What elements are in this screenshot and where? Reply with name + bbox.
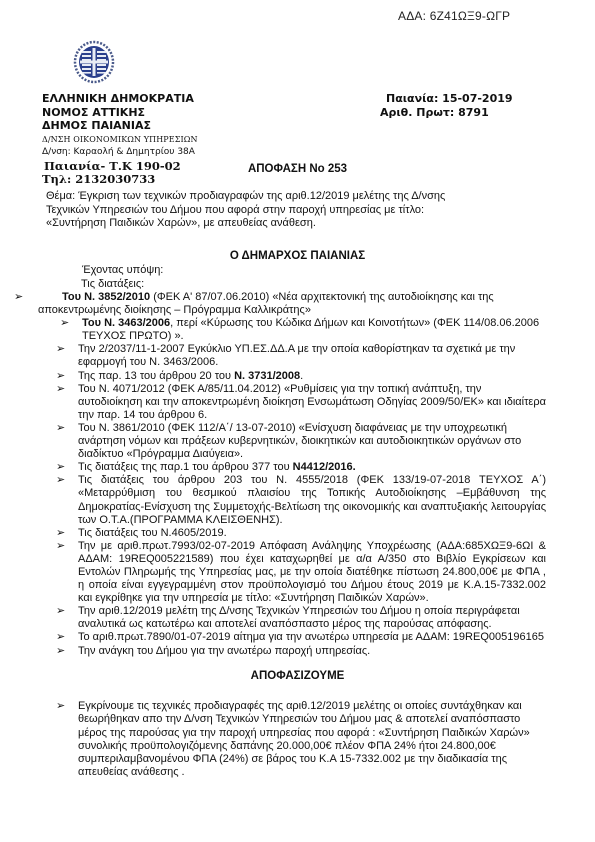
bullet-arrow-icon: ➢	[56, 645, 72, 658]
bullet-arrow-icon: ➢	[56, 474, 72, 487]
consideration-item: ➢Την ανάγκη του Δήμου για την ανωτέρω πα…	[56, 645, 546, 658]
consideration-text-part: Την με αριθ.πρωτ.7993/02-07-2019 Απόφαση…	[78, 540, 546, 604]
issuer-prefecture: ΝΟΜΟΣ ΑΤΤΙΚΗΣ	[42, 106, 198, 120]
doc-meta: Παιανία: 15-07-2019 Αριθ. Πρωτ: 8791	[380, 92, 513, 119]
subject-paragraph: Θέμα: Έγκριση των τεχνικών προδιαγραφών …	[46, 190, 486, 231]
decision-title: ΑΠΟΦΑΣΗ Νο 253	[0, 163, 595, 175]
consideration-text: Του Ν. 3852/2010 (ΦΕΚ Α' 87/07.06.2010) …	[38, 291, 494, 316]
consideration-text: Τις διατάξεις του Ν.4605/2019.	[78, 527, 227, 539]
intro-block: Έχοντας υπόψη: Τις διατάξεις:	[46, 264, 163, 291]
consideration-text: Την ανάγκη του Δήμου για την ανωτέρω παρ…	[78, 645, 370, 657]
consideration-item: ➢Της παρ. 13 του άρθρου 20 του Ν. 3731/2…	[56, 370, 546, 383]
doc-date: Παιανία: 15-07-2019	[380, 92, 513, 106]
consideration-text: Το αριθ.πρωτ.7890/01-07-2019 αίτημα για …	[78, 631, 544, 643]
consideration-text: Τις διατάξεις του άρθρου 203 του Ν. 4555…	[78, 474, 546, 525]
issuer-country: ΕΛΛΗΝΙΚΗ ΔΗΜΟΚΡΑΤΙΑ	[42, 92, 198, 106]
consideration-text-part: .	[300, 370, 303, 382]
issuer-address: Δ/νση: Καραολή & Δημητρίου 38Α	[42, 146, 198, 160]
consideration-text: Την με αριθ.πρωτ.7993/02-07-2019 Απόφαση…	[78, 540, 546, 604]
consideration-item: ➢Του Ν. 3861/2010 (ΦΕΚ 112/Α΄/ 13-07-201…	[56, 422, 546, 461]
bullet-arrow-icon: ➢	[56, 461, 72, 474]
consideration-text-part: Την 2/2037/11-1-2007 Εγκύκλιο ΥΠ.ΕΣ.ΔΔ.Α…	[78, 343, 515, 368]
consideration-text-part: Το αριθ.πρωτ.7890/01-07-2019 αίτημα για …	[78, 631, 544, 643]
consideration-item: ➢Την με αριθ.πρωτ.7993/02-07-2019 Απόφασ…	[56, 540, 546, 605]
bullet-arrow-icon: ➢	[56, 700, 72, 713]
law-reference: Ν4412/2016.	[293, 461, 356, 473]
decisions-list: ➢Εγκρίνουμε τις τεχνικές προδιαγραφές τη…	[56, 700, 544, 780]
bullet-arrow-icon: ➢	[56, 422, 72, 435]
greek-state-emblem-icon	[73, 40, 115, 84]
law-reference: Του Ν. 3852/2010	[62, 291, 150, 303]
consideration-text: Της παρ. 13 του άρθρου 20 του Ν. 3731/20…	[78, 370, 303, 382]
consideration-item: ➢Του Ν. 3463/2006, περί «Κύρωσης του Κώδ…	[60, 317, 546, 343]
consideration-item: ➢Του Ν. 3852/2010 (ΦΕΚ Α' 87/07.06.2010)…	[38, 291, 546, 317]
decision-item: ➢Εγκρίνουμε τις τεχνικές προδιαγραφές τη…	[56, 700, 544, 780]
doc-protocol-number: Αριθ. Πρωτ: 8791	[380, 106, 513, 120]
consideration-text: Του Ν. 4071/2012 (ΦΕΚ Α/85/11.04.2012) «…	[78, 383, 546, 421]
issuer-municipality: ΔΗΜΟΣ ΠΑΙΑΝΙΑΣ	[42, 119, 198, 133]
decision-text: Εγκρίνουμε τις τεχνικές προδιαγραφές της…	[78, 700, 530, 778]
bullet-arrow-icon: ➢	[56, 343, 72, 356]
ada-code: ΑΔΑ: 6Ζ41ΩΞ9-ΩΓΡ	[398, 9, 510, 23]
consideration-text: Την 2/2037/11-1-2007 Εγκύκλιο ΥΠ.ΕΣ.ΔΔ.Α…	[78, 343, 515, 368]
consideration-text-part: Την αριθ.12/2019 μελέτη της Δ/νσης Τεχνι…	[78, 605, 520, 630]
consideration-item: ➢Την 2/2037/11-1-2007 Εγκύκλιο ΥΠ.ΕΣ.ΔΔ.…	[56, 343, 546, 369]
issuer-department: Δ/ΝΣΗ ΟΙΚΟΝΟΜΙΚΩΝ ΥΠΗΡΕΣΙΩΝ	[42, 133, 198, 147]
considerations-list: ➢Του Ν. 3852/2010 (ΦΕΚ Α' 87/07.06.2010)…	[46, 291, 546, 658]
consideration-text-part: Την ανάγκη του Δήμου για την ανωτέρω παρ…	[78, 645, 370, 657]
consideration-item: ➢Το αριθ.πρωτ.7890/01-07-2019 αίτημα για…	[56, 631, 546, 644]
bullet-arrow-icon: ➢	[56, 527, 72, 540]
bullet-arrow-icon: ➢	[56, 631, 72, 644]
consideration-text: Τις διατάξεις της παρ.1 του άρθρου 377 τ…	[78, 461, 356, 473]
consideration-text-part: Του Ν. 3861/2010 (ΦΕΚ 112/Α΄/ 13-07-2010…	[78, 422, 521, 460]
mayor-heading: Ο ΔΗΜΑΡΧΟΣ ΠΑΙΑΝΙΑΣ	[0, 250, 595, 262]
consideration-text-part: Της παρ. 13 του άρθρου 20 του	[78, 370, 234, 382]
consideration-item: ➢Την αριθ.12/2019 μελέτη της Δ/νσης Τεχν…	[56, 605, 546, 631]
consideration-text-part: Τις διατάξεις της παρ.1 του άρθρου 377 τ…	[78, 461, 293, 473]
decide-heading: ΑΠΟΦΑΣΙΖΟΥΜΕ	[0, 670, 595, 682]
consideration-text-part: Του Ν. 4071/2012 (ΦΕΚ Α/85/11.04.2012) «…	[78, 383, 546, 421]
bullet-arrow-icon: ➢	[56, 383, 72, 396]
consideration-text: Του Ν. 3463/2006, περί «Κύρωσης του Κώδι…	[82, 317, 539, 342]
bullet-arrow-icon: ➢	[56, 540, 72, 553]
consideration-text: Την αριθ.12/2019 μελέτη της Δ/νσης Τεχνι…	[78, 605, 520, 630]
provisions-label: Τις διατάξεις:	[46, 278, 163, 292]
bullet-arrow-icon: ➢	[56, 605, 72, 618]
consideration-text-part: Τις διατάξεις του Ν.4605/2019.	[78, 527, 227, 539]
consideration-text-part: Τις διατάξεις του άρθρου 203 του Ν. 4555…	[78, 474, 546, 525]
bullet-arrow-icon: ➢	[14, 291, 30, 304]
law-reference: Του Ν. 3463/2006	[82, 317, 170, 329]
bullet-arrow-icon: ➢	[60, 317, 76, 330]
issuer-phone: Τηλ: 2132030733	[42, 173, 198, 187]
consideration-item: ➢Τις διατάξεις του άρθρου 203 του Ν. 455…	[56, 474, 546, 526]
consideration-item: ➢Του Ν. 4071/2012 (ΦΕΚ Α/85/11.04.2012) …	[56, 383, 546, 422]
consideration-item: ➢Τις διατάξεις του Ν.4605/2019.	[56, 527, 546, 540]
bullet-arrow-icon: ➢	[56, 370, 72, 383]
law-reference: Ν. 3731/2008	[234, 370, 300, 382]
consideration-text: Του Ν. 3861/2010 (ΦΕΚ 112/Α΄/ 13-07-2010…	[78, 422, 521, 460]
consideration-item: ➢Τις διατάξεις της παρ.1 του άρθρου 377 …	[56, 461, 546, 474]
considering-label: Έχοντας υπόψη:	[46, 264, 163, 278]
